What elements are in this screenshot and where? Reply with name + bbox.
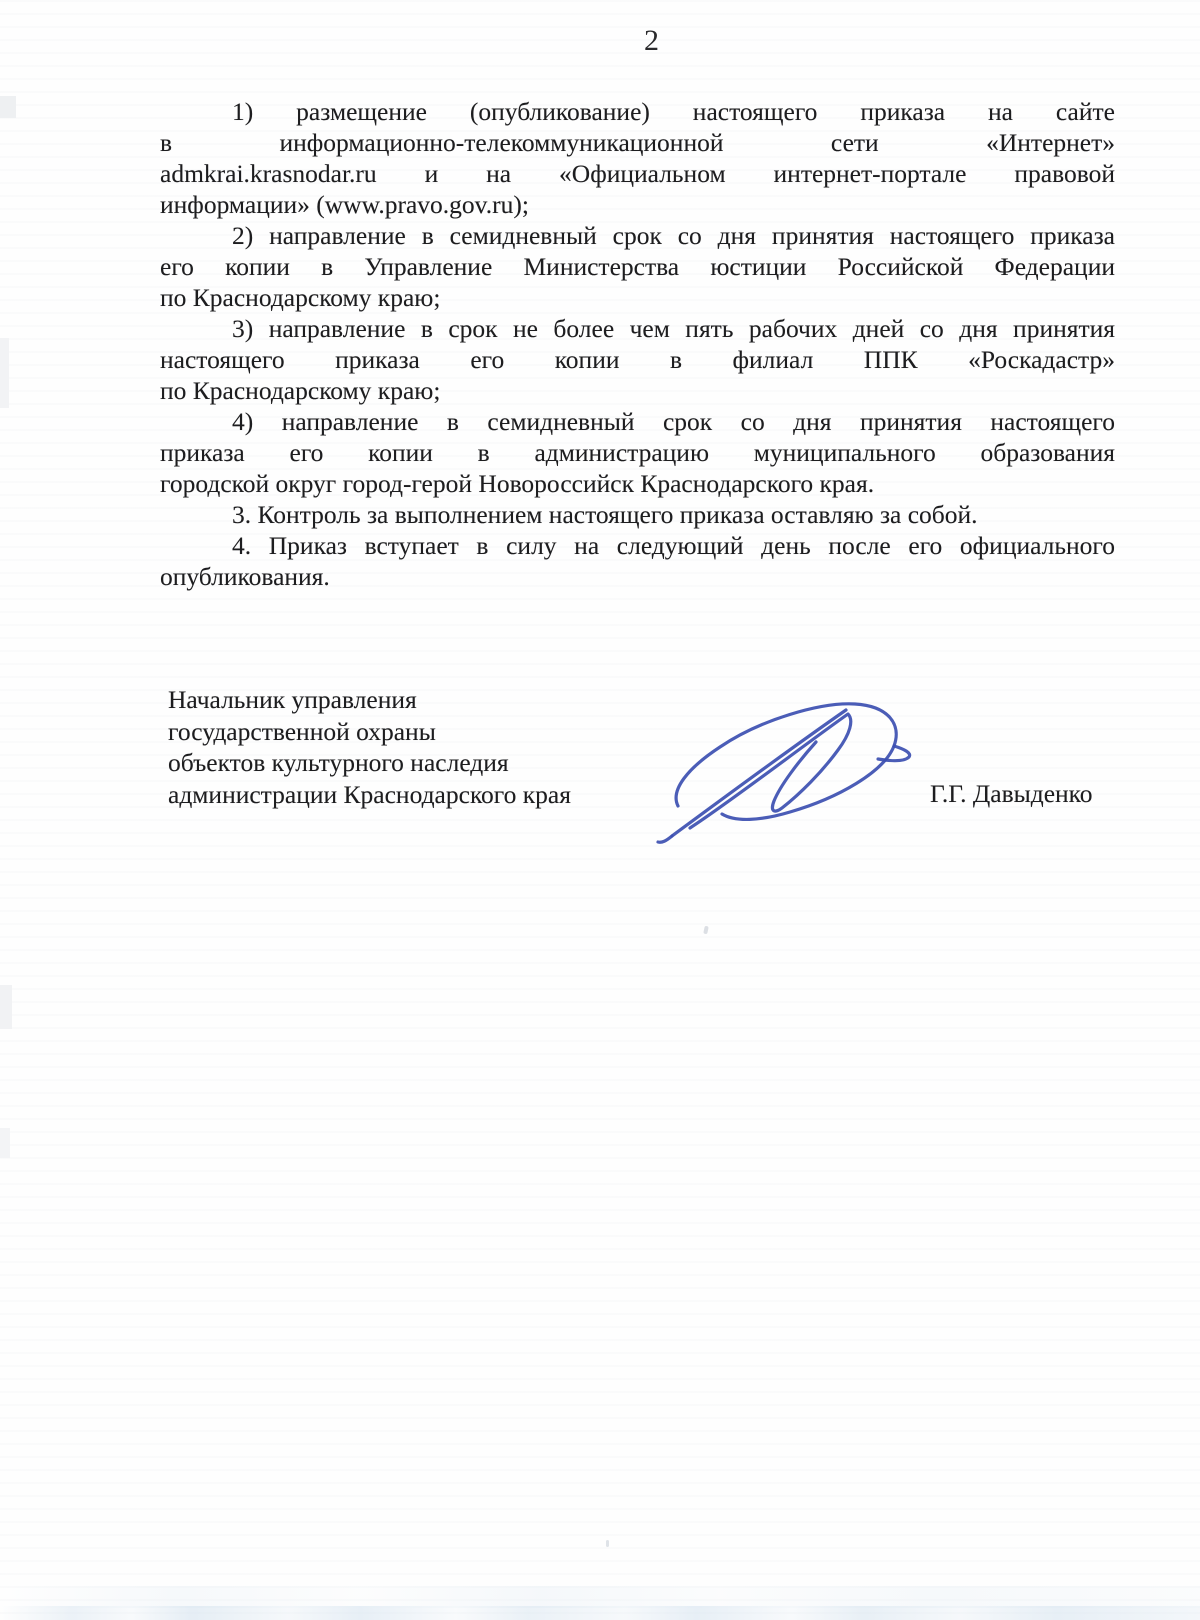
signer-name: Г.Г. Давыденко (930, 778, 1093, 809)
text-line: 1) размещение (опубликование) настоящего… (160, 96, 1115, 127)
text-line: в информационно-телекоммуникационной сет… (160, 127, 1115, 158)
text-line: admkrai.krasnodar.ru и на «Официальном и… (160, 158, 1115, 189)
text-line: 3. Контроль за выполнением настоящего пр… (160, 499, 1115, 530)
scanned-page: { "page": { "number": "2" }, "document":… (0, 0, 1200, 1620)
document-body: 1) размещение (опубликование) настоящего… (160, 96, 1115, 592)
text-line: опубликования. (160, 561, 1115, 592)
text-line: 4. Приказ вступает в силу на следующий д… (160, 530, 1115, 561)
text-line: объектов культурного наследия (168, 747, 728, 779)
paragraph: 4. Приказ вступает в силу на следующий д… (160, 530, 1115, 592)
scan-smudge (0, 1128, 10, 1158)
text-line: 4) направление в семидневный срок со дня… (160, 406, 1115, 437)
text-line: по Краснодарскому краю; (160, 375, 1115, 406)
text-line: 3) направление в срок не более чем пять … (160, 313, 1115, 344)
scan-smudge (0, 985, 12, 1029)
scan-speck (703, 926, 709, 935)
scan-edge-artifact (0, 1586, 1200, 1608)
text-line: настоящего приказа его копии в филиал ПП… (160, 344, 1115, 375)
scan-smudge (0, 338, 9, 408)
text-line: его копии в Управление Министерства юсти… (160, 251, 1115, 282)
text-line: по Краснодарскому краю; (160, 282, 1115, 313)
paragraph: 4) направление в семидневный срок со дня… (160, 406, 1115, 499)
text-line: приказа его копии в администрацию муници… (160, 437, 1115, 468)
paragraph: 3. Контроль за выполнением настоящего пр… (160, 499, 1115, 530)
scan-smudge (0, 96, 16, 118)
text-line: городской округ город-герой Новороссийск… (160, 468, 1115, 499)
text-line: Начальник управления (168, 684, 728, 716)
page-number: 2 (644, 24, 659, 58)
signature-scribble (650, 690, 916, 846)
text-line: 2) направление в семидневный срок со дня… (160, 220, 1115, 251)
paragraph: 1) размещение (опубликование) настоящего… (160, 96, 1115, 220)
document-page: 2 1) размещение (опубликование) настояще… (0, 0, 1200, 1620)
signer-title: Начальник управлениягосударственной охра… (168, 684, 728, 810)
paragraph: 3) направление в срок не более чем пять … (160, 313, 1115, 406)
text-line: администрации Краснодарского края (168, 779, 728, 811)
scan-speck (606, 1540, 609, 1547)
text-line: информации» (www.pravo.gov.ru); (160, 189, 1115, 220)
text-line: государственной охраны (168, 716, 728, 748)
paragraph: 2) направление в семидневный срок со дня… (160, 220, 1115, 313)
scan-edge-artifact (0, 1606, 1200, 1620)
